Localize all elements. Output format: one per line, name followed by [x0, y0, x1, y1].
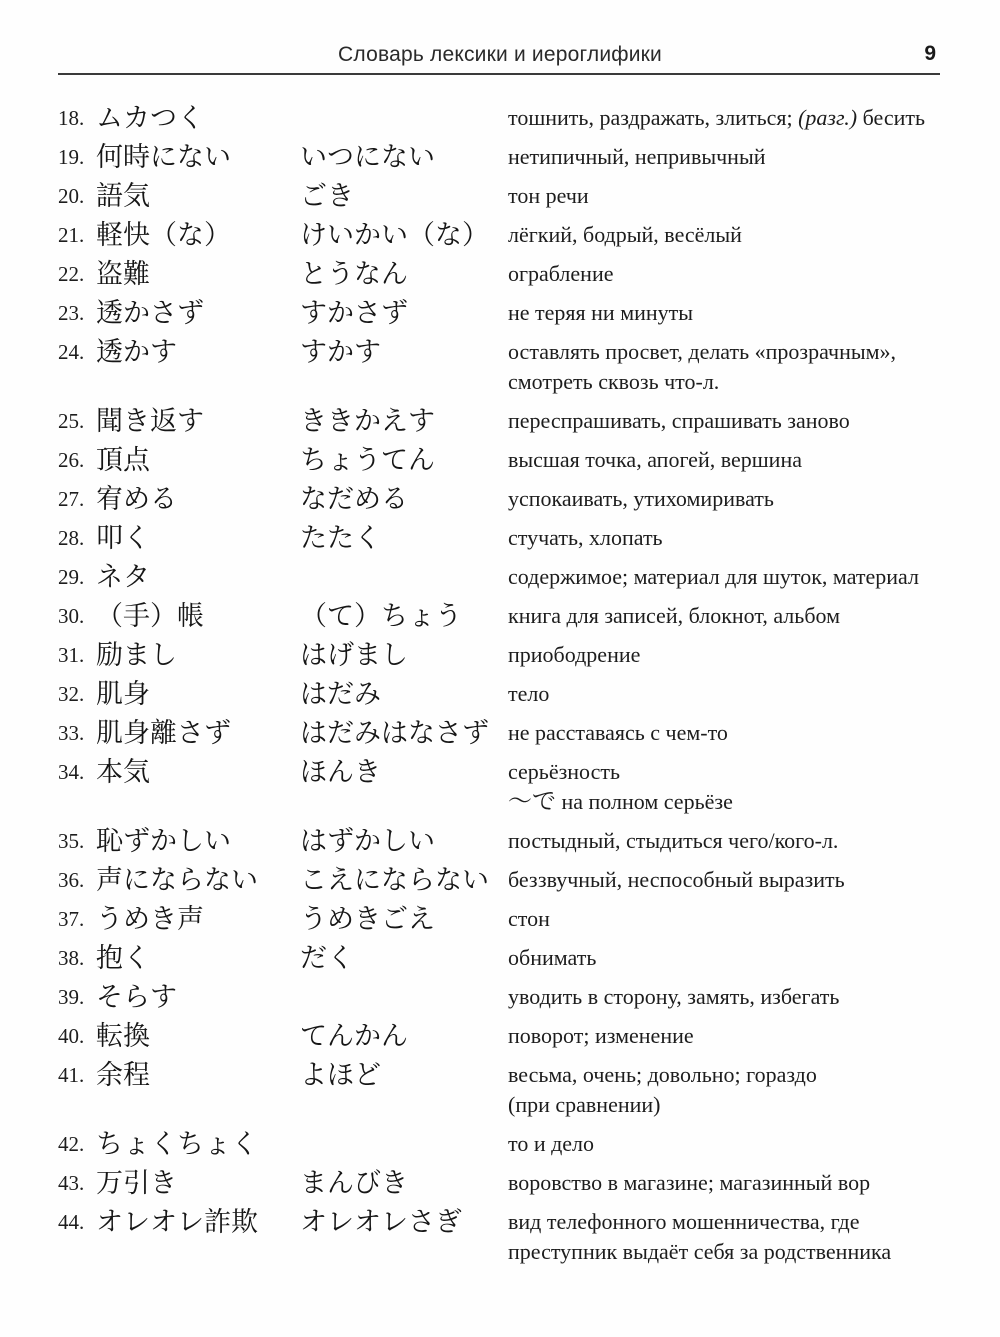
translation-segment: тело: [508, 681, 549, 706]
row-translation: переспрашивать, спрашивать заново: [508, 406, 960, 436]
translation-line: поворот; изменение: [508, 1021, 960, 1051]
row-number: 34.: [58, 757, 96, 787]
row-kana: オレオレさぎ: [300, 1207, 508, 1237]
row-number: 31.: [58, 640, 96, 670]
row-kana: なだめる: [300, 484, 508, 514]
row-japanese: うめき声: [96, 904, 300, 934]
translation-line: ограбление: [508, 259, 960, 289]
row-japanese: 転換: [96, 1021, 300, 1051]
translation-line: весьма, очень; довольно; гораздо: [508, 1060, 960, 1090]
row-japanese: 聞き返す: [96, 406, 300, 436]
row-number: 29.: [58, 562, 96, 592]
row-japanese: 語気: [96, 181, 300, 211]
translation-segment: весьма, очень; довольно; гораздо: [508, 1062, 817, 1087]
row-number: 28.: [58, 523, 96, 553]
translation-line: книга для записей, блокнот, альбом: [508, 601, 960, 631]
vocab-row: 35.恥ずかしいはずかしいпостыдный, стыдиться чего/к…: [58, 826, 960, 856]
translation-line: высшая точка, апогей, вершина: [508, 445, 960, 475]
translation-segment: поворот; изменение: [508, 1023, 694, 1048]
translation-segment: (при сравнении): [508, 1092, 660, 1117]
row-translation: книга для записей, блокнот, альбом: [508, 601, 960, 631]
row-number: 36.: [58, 865, 96, 895]
translation-line: преступник выдаёт себя за родственника: [508, 1237, 960, 1267]
row-number: 25.: [58, 406, 96, 436]
translation-segment: книга для записей, блокнот, альбом: [508, 603, 840, 628]
vocab-row: 24.透かすすかすоставлять просвет, делать «проз…: [58, 337, 960, 397]
translation-line: (при сравнении): [508, 1090, 960, 1120]
row-number: 37.: [58, 904, 96, 934]
vocab-row: 38.抱くだくобнимать: [58, 943, 960, 973]
translation-line: содержимое; материал для шуток, материал: [508, 562, 960, 592]
translation-line: переспрашивать, спрашивать заново: [508, 406, 960, 436]
row-japanese: 透かさず: [96, 298, 300, 328]
row-number: 42.: [58, 1129, 96, 1159]
row-number: 22.: [58, 259, 96, 289]
row-kana: （て）ちょう: [300, 601, 508, 631]
row-translation: уводить в сторону, замять, избегать: [508, 982, 960, 1012]
translation-segment: нетипичный, непривычный: [508, 144, 766, 169]
vocab-row: 32.肌身はだみтело: [58, 679, 960, 709]
row-japanese: 頂点: [96, 445, 300, 475]
row-kana: てんかん: [300, 1021, 508, 1051]
row-translation: нетипичный, непривычный: [508, 142, 960, 172]
row-kana: うめきごえ: [300, 904, 508, 934]
row-japanese: 本気: [96, 757, 300, 787]
row-number: 26.: [58, 445, 96, 475]
row-translation: воровство в магазине; магазинный вор: [508, 1168, 960, 1198]
row-japanese: 宥める: [96, 484, 300, 514]
row-translation: обнимать: [508, 943, 960, 973]
row-number: 33.: [58, 718, 96, 748]
row-japanese: ネタ: [96, 562, 300, 592]
translation-line: тошнить, раздражать, злиться; (разг.) бе…: [508, 103, 960, 133]
vocab-row: 34.本気ほんきсерьёзность〜で на полном серьёзе: [58, 757, 960, 817]
row-japanese: 恥ずかしい: [96, 826, 300, 856]
row-translation: тело: [508, 679, 960, 709]
row-kana: よほど: [300, 1060, 508, 1090]
translation-segment: серьёзность: [508, 759, 620, 784]
row-japanese: 肌身: [96, 679, 300, 709]
row-number: 21.: [58, 220, 96, 250]
row-japanese: ちょくちょく: [96, 1129, 300, 1159]
row-number: 30.: [58, 601, 96, 631]
translation-segment: оставлять просвет, делать «прозрачным»,: [508, 339, 896, 364]
row-japanese: 透かす: [96, 337, 300, 367]
vocab-row: 39.そらすуводить в сторону, замять, избегат…: [58, 982, 960, 1012]
row-number: 23.: [58, 298, 96, 328]
row-japanese: 叩く: [96, 523, 300, 553]
row-kana: はずかしい: [300, 826, 508, 856]
vocab-row: 36.声にならないこえにならないбеззвучный, неспособный …: [58, 865, 960, 895]
header-rule: [58, 73, 940, 75]
row-kana: はだみはなさず: [300, 718, 508, 748]
translation-segment: стучать, хлопать: [508, 525, 663, 550]
translation-line: лёгкий, бодрый, весёлый: [508, 220, 960, 250]
row-kana: ききかえす: [300, 406, 508, 436]
row-kana: こえにならない: [300, 865, 508, 895]
vocab-row: 19.何時にないいつにないнетипичный, непривычный: [58, 142, 960, 172]
translation-segment: беззвучный, неспособный выразить: [508, 867, 845, 892]
translation-line: обнимать: [508, 943, 960, 973]
row-kana: たたく: [300, 523, 508, 553]
translation-segment: постыдный, стыдиться чего/кого-л.: [508, 828, 838, 853]
row-kana: はげまし: [300, 640, 508, 670]
translation-line: постыдный, стыдиться чего/кого-л.: [508, 826, 960, 856]
translation-segment: тошнить, раздражать, злиться;: [508, 105, 798, 130]
vocab-row: 27.宥めるなだめるуспокаивать, утихомиривать: [58, 484, 960, 514]
row-japanese: 肌身離さず: [96, 718, 300, 748]
translation-segment: смотреть сквозь что-л.: [508, 369, 719, 394]
vocab-row: 31.励ましはげましприободрение: [58, 640, 960, 670]
translation-segment: обнимать: [508, 945, 596, 970]
vocab-row: 18.ムカつくтошнить, раздражать, злиться; (ра…: [58, 103, 960, 133]
row-japanese: 余程: [96, 1060, 300, 1090]
vocab-list: 18.ムカつくтошнить, раздражать, злиться; (ра…: [0, 103, 1000, 1267]
row-translation: приободрение: [508, 640, 960, 670]
row-number: 38.: [58, 943, 96, 973]
header-title: Словарь лексики и иероглифики: [0, 44, 1000, 66]
vocab-row: 29.ネタсодержимое; материал для шуток, мат…: [58, 562, 960, 592]
row-kana: はだみ: [300, 679, 508, 709]
translation-segment: преступник выдаёт себя за родственника: [508, 1239, 891, 1264]
row-translation: то и дело: [508, 1129, 960, 1159]
translation-line: не расставаясь с чем-то: [508, 718, 960, 748]
row-japanese: ムカつく: [96, 103, 300, 133]
translation-line: серьёзность: [508, 757, 960, 787]
vocab-row: 22.盗難とうなんограбление: [58, 259, 960, 289]
row-number: 18.: [58, 103, 96, 133]
row-translation: не теряя ни минуты: [508, 298, 960, 328]
row-translation: не расставаясь с чем-то: [508, 718, 960, 748]
vocab-row: 20.語気ごきтон речи: [58, 181, 960, 211]
translation-segment: 〜で: [508, 788, 556, 815]
row-translation: содержимое; материал для шуток, материал: [508, 562, 960, 592]
row-translation: вид телефонного мошенничества, гдепресту…: [508, 1207, 960, 1267]
row-translation: беззвучный, неспособный выразить: [508, 865, 960, 895]
row-kana: いつにない: [300, 142, 508, 172]
row-kana: すかさず: [300, 298, 508, 328]
row-number: 43.: [58, 1168, 96, 1198]
row-kana: すかす: [300, 337, 508, 367]
translation-segment: лёгкий, бодрый, весёлый: [508, 222, 742, 247]
row-japanese: 万引き: [96, 1168, 300, 1198]
translation-line: уводить в сторону, замять, избегать: [508, 982, 960, 1012]
translation-line: 〜で на полном серьёзе: [508, 787, 960, 817]
translation-line: то и дело: [508, 1129, 960, 1159]
translation-segment: воровство в магазине; магазинный вор: [508, 1170, 870, 1195]
vocab-row: 43.万引きまんびきворовство в магазине; магазинн…: [58, 1168, 960, 1198]
vocab-row: 41.余程よほどвесьма, очень; довольно; гораздо…: [58, 1060, 960, 1120]
translation-segment: уводить в сторону, замять, избегать: [508, 984, 839, 1009]
book-page: Словарь лексики и иероглифики 9 18.ムカつくт…: [0, 0, 1000, 1337]
vocab-row: 42.ちょくちょくто и дело: [58, 1129, 960, 1159]
translation-line: стон: [508, 904, 960, 934]
row-translation: успокаивать, утихомиривать: [508, 484, 960, 514]
translation-line: беззвучный, неспособный выразить: [508, 865, 960, 895]
vocab-row: 44.オレオレ詐欺オレオレさぎвид телефонного мошенниче…: [58, 1207, 960, 1267]
translation-line: нетипичный, непривычный: [508, 142, 960, 172]
row-translation: постыдный, стыдиться чего/кого-л.: [508, 826, 960, 856]
row-number: 35.: [58, 826, 96, 856]
translation-line: успокаивать, утихомиривать: [508, 484, 960, 514]
translation-segment: содержимое; материал для шуток, материал: [508, 564, 919, 589]
row-number: 39.: [58, 982, 96, 1012]
row-number: 24.: [58, 337, 96, 367]
row-translation: весьма, очень; довольно; гораздо(при сра…: [508, 1060, 960, 1120]
page-header: Словарь лексики и иероглифики 9: [0, 0, 1000, 75]
row-kana: けいかい（な）: [300, 220, 508, 250]
vocab-row: 33.肌身離さずはだみはなさずне расставаясь с чем-то: [58, 718, 960, 748]
row-translation: высшая точка, апогей, вершина: [508, 445, 960, 475]
translation-segment: ограбление: [508, 261, 614, 286]
vocab-row: 40.転換てんかんповорот; изменение: [58, 1021, 960, 1051]
row-japanese: 軽快（な）: [96, 220, 300, 250]
row-translation: серьёзность〜で на полном серьёзе: [508, 757, 960, 817]
vocab-row: 23.透かさずすかさずне теряя ни минуты: [58, 298, 960, 328]
translation-line: стучать, хлопать: [508, 523, 960, 553]
row-japanese: オレオレ詐欺: [96, 1207, 300, 1237]
translation-line: тело: [508, 679, 960, 709]
row-japanese: （手）帳: [96, 601, 300, 631]
translation-line: тон речи: [508, 181, 960, 211]
row-number: 32.: [58, 679, 96, 709]
row-number: 40.: [58, 1021, 96, 1051]
row-japanese: そらす: [96, 982, 300, 1012]
translation-segment: то и дело: [508, 1131, 594, 1156]
row-kana: ごき: [300, 181, 508, 211]
vocab-row: 30.（手）帳（て）ちょうкнига для записей, блокнот,…: [58, 601, 960, 631]
row-kana: まんびき: [300, 1168, 508, 1198]
vocab-row: 21.軽快（な）けいかい（な）лёгкий, бодрый, весёлый: [58, 220, 960, 250]
translation-segment: переспрашивать, спрашивать заново: [508, 408, 850, 433]
row-translation: лёгкий, бодрый, весёлый: [508, 220, 960, 250]
row-translation: тон речи: [508, 181, 960, 211]
row-kana: ちょうてん: [300, 445, 508, 475]
translation-segment: успокаивать, утихомиривать: [508, 486, 774, 511]
row-number: 20.: [58, 181, 96, 211]
row-japanese: 何時にない: [96, 142, 300, 172]
translation-segment: стон: [508, 906, 550, 931]
vocab-row: 26.頂点ちょうてんвысшая точка, апогей, вершина: [58, 445, 960, 475]
row-japanese: 声にならない: [96, 865, 300, 895]
translation-line: не теряя ни минуты: [508, 298, 960, 328]
row-translation: ограбление: [508, 259, 960, 289]
translation-segment: высшая точка, апогей, вершина: [508, 447, 802, 472]
translation-line: смотреть сквозь что-л.: [508, 367, 960, 397]
row-japanese: 励まし: [96, 640, 300, 670]
translation-segment: на полном серьёзе: [556, 789, 733, 814]
row-translation: стучать, хлопать: [508, 523, 960, 553]
translation-segment: вид телефонного мошенничества, где: [508, 1209, 859, 1234]
row-japanese: 抱く: [96, 943, 300, 973]
translation-segment: бесить: [857, 105, 925, 130]
vocab-row: 28.叩くたたくстучать, хлопать: [58, 523, 960, 553]
row-kana: ほんき: [300, 757, 508, 787]
translation-segment: приободрение: [508, 642, 640, 667]
row-number: 27.: [58, 484, 96, 514]
translation-segment: тон речи: [508, 183, 589, 208]
vocab-row: 37.うめき声うめきごえстон: [58, 904, 960, 934]
translation-line: приободрение: [508, 640, 960, 670]
row-number: 44.: [58, 1207, 96, 1237]
row-translation: стон: [508, 904, 960, 934]
row-kana: だく: [300, 943, 508, 973]
row-translation: поворот; изменение: [508, 1021, 960, 1051]
translation-line: оставлять просвет, делать «прозрачным»,: [508, 337, 960, 367]
row-number: 19.: [58, 142, 96, 172]
translation-line: воровство в магазине; магазинный вор: [508, 1168, 960, 1198]
row-japanese: 盗難: [96, 259, 300, 289]
translation-line: вид телефонного мошенничества, где: [508, 1207, 960, 1237]
translation-segment: не теряя ни минуты: [508, 300, 693, 325]
row-translation: тошнить, раздражать, злиться; (разг.) бе…: [508, 103, 960, 133]
row-number: 41.: [58, 1060, 96, 1090]
page-number: 9: [924, 42, 936, 66]
translation-segment: не расставаясь с чем-то: [508, 720, 728, 745]
row-kana: とうなん: [300, 259, 508, 289]
row-translation: оставлять просвет, делать «прозрачным»,с…: [508, 337, 960, 397]
translation-segment: (разг.): [798, 105, 857, 130]
vocab-row: 25.聞き返すききかえすпереспрашивать, спрашивать з…: [58, 406, 960, 436]
